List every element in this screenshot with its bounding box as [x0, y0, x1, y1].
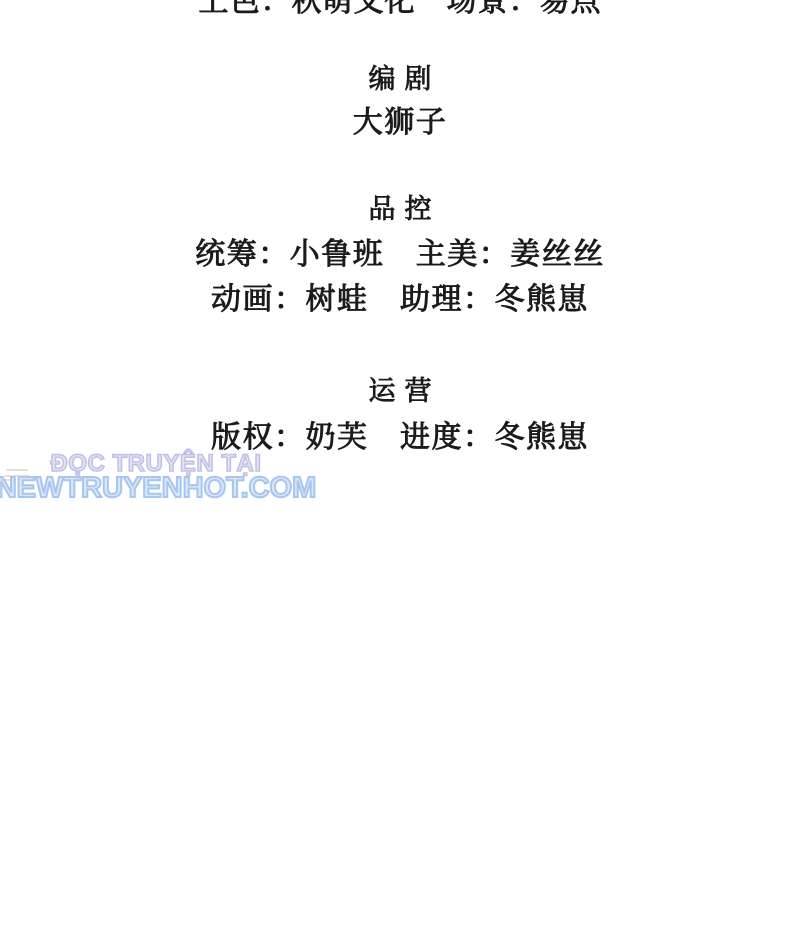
section-heading-operations: 运营	[0, 378, 800, 405]
writer-name: 大狮子	[0, 108, 800, 138]
faint-edge-mark-3	[0, 479, 13, 481]
faint-edge-mark-2	[4, 475, 30, 477]
comic-credits-page: 上色：秋萌文化 场景：易点 编剧 大狮子 品控 统筹：小鲁班 主美：姜丝丝 动画…	[0, 0, 800, 950]
operations-credits-line: 版权：奶芙 进度：冬熊崽	[0, 423, 800, 453]
quality-credits-line-2: 动画：树蛙 助理：冬熊崽	[0, 285, 800, 315]
section-heading-writer: 编剧	[0, 66, 800, 93]
faint-edge-mark-1	[6, 469, 28, 471]
quality-credits-line-1: 统筹：小鲁班 主美：姜丝丝	[0, 240, 800, 270]
section-heading-quality-control: 品控	[0, 196, 800, 223]
watermark-site-name: NEWTRUYENHOT.COM	[0, 474, 316, 503]
credits-top-line-cutoff: 上色：秋萌文化 场景：易点	[0, 0, 800, 17]
